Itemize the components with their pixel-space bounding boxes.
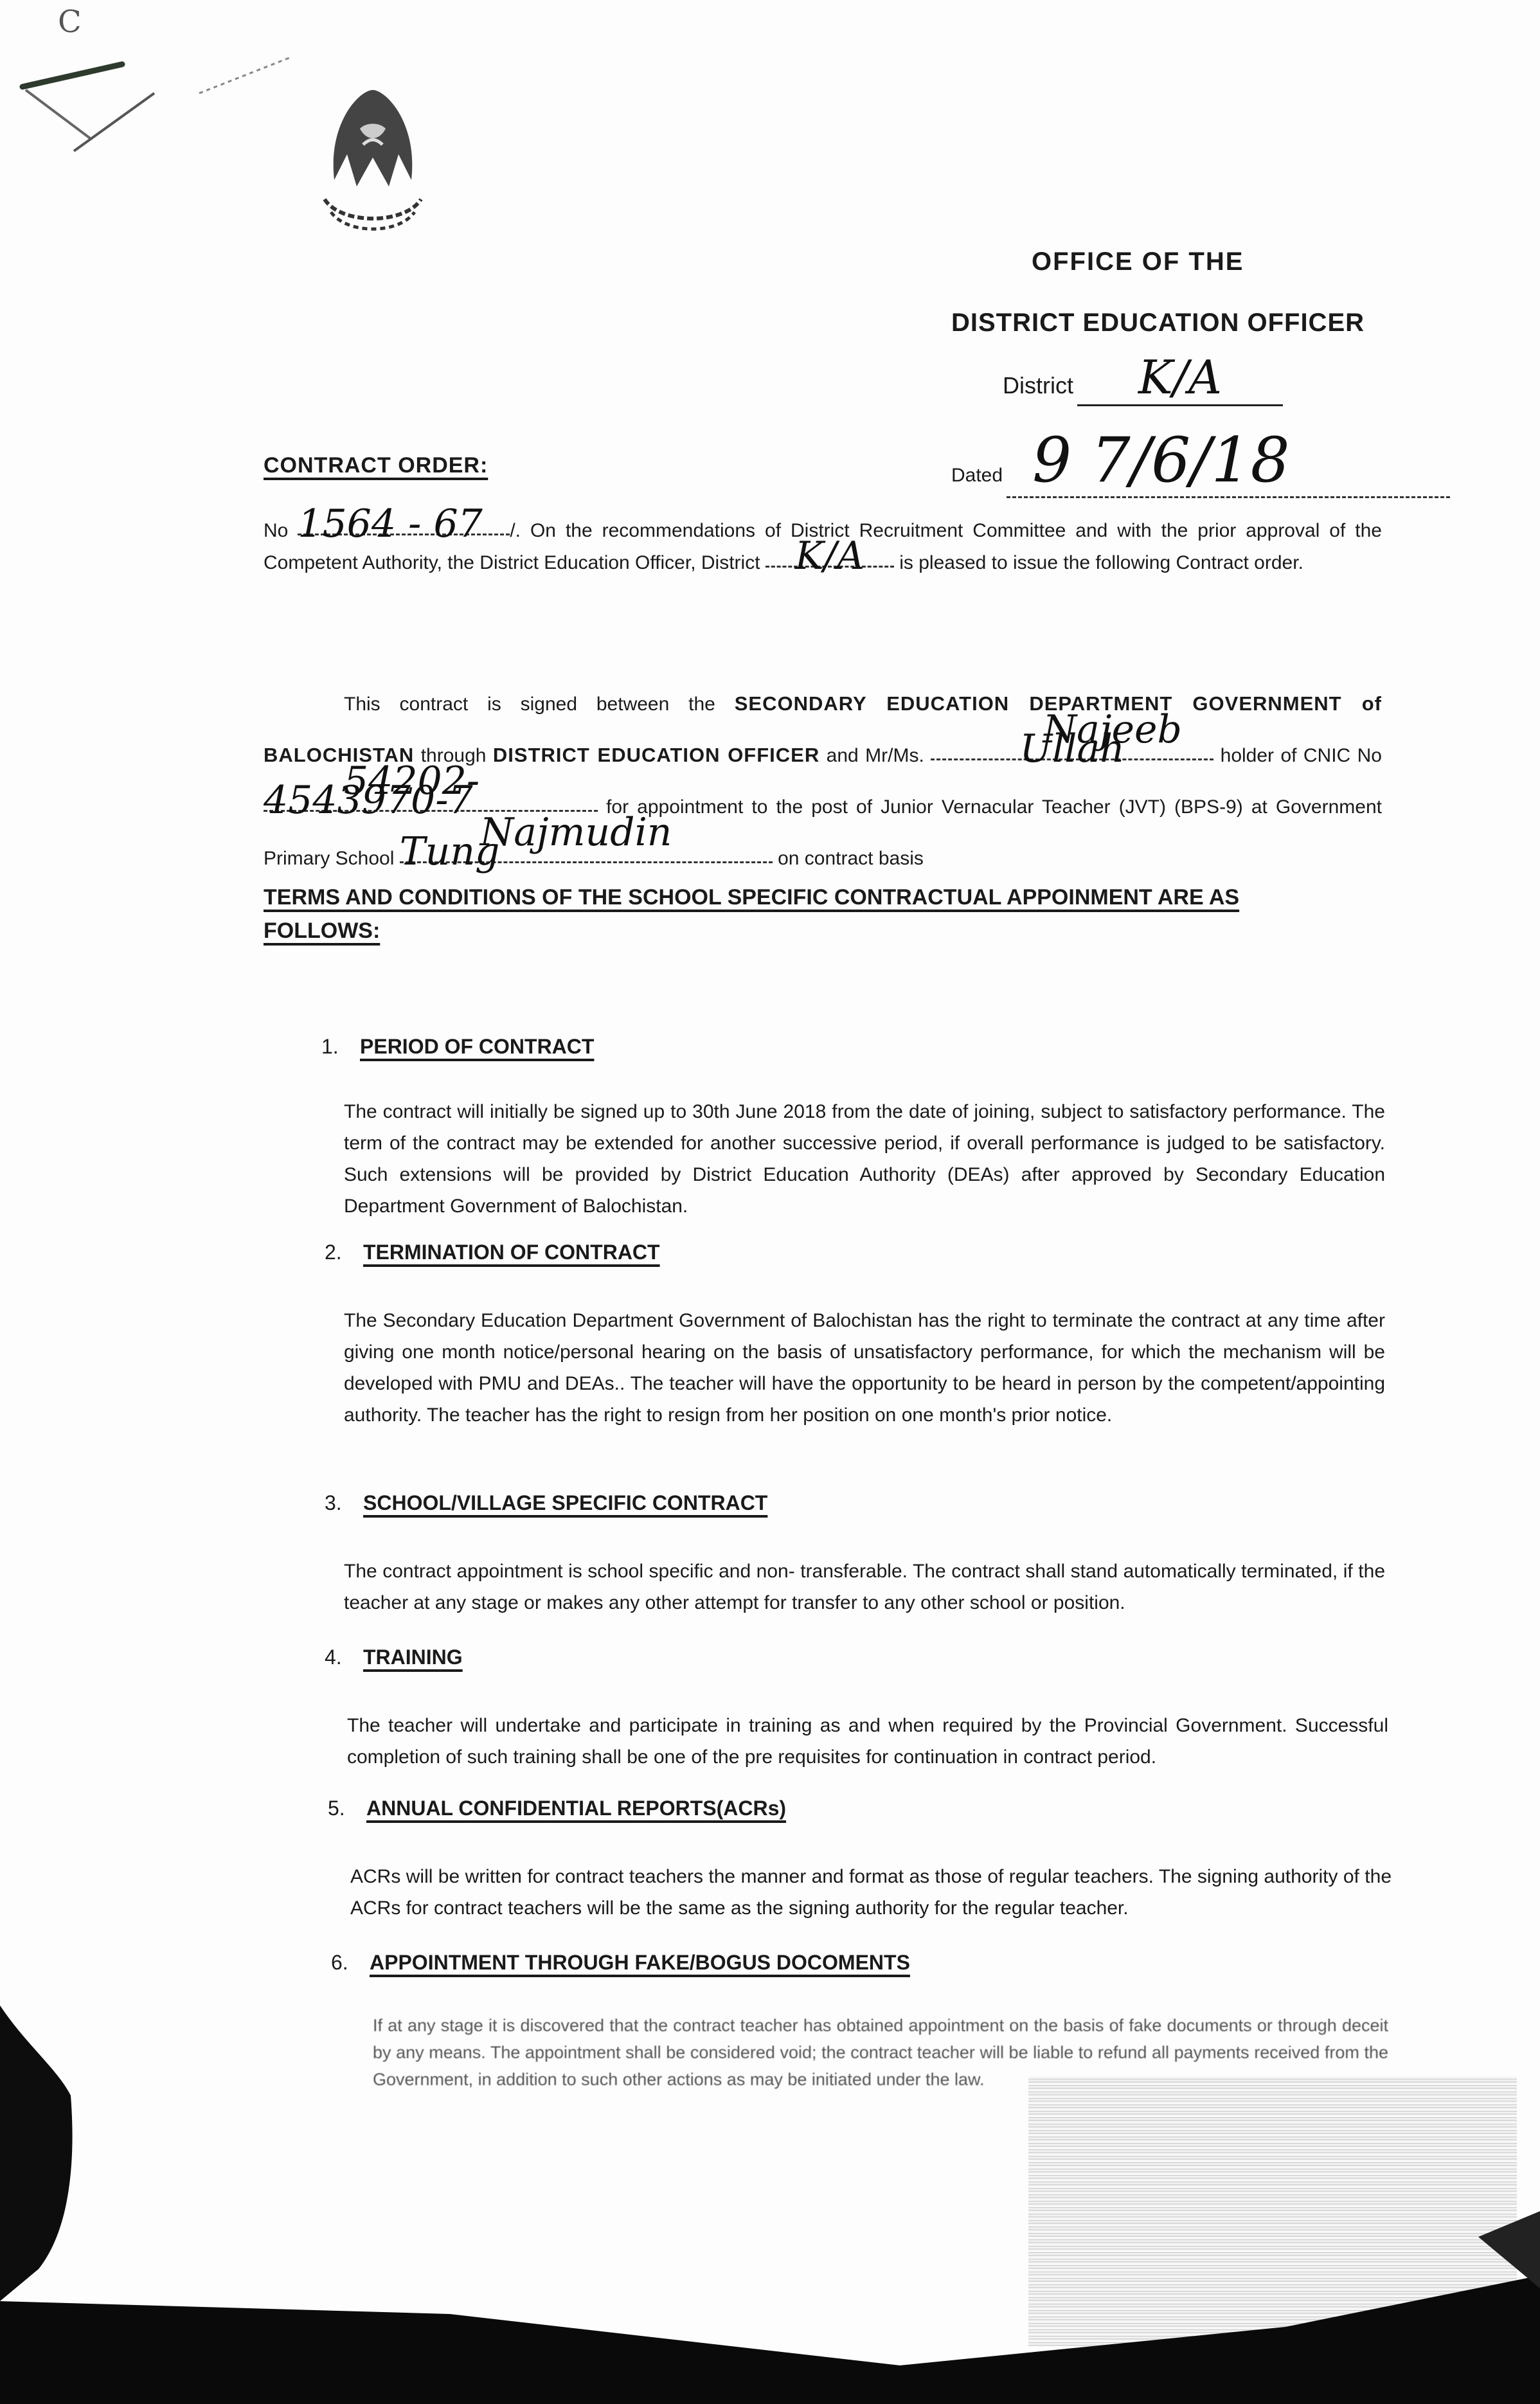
section-1-body: The contract will initially be signed up… (344, 1096, 1385, 1222)
district-field: DistrictK/A (1003, 350, 1283, 406)
order-no-value-handwritten: 1564 - 67 (298, 514, 510, 535)
svg-text:C: C (58, 4, 82, 40)
district-label: District (1003, 372, 1073, 399)
balochistan-government-emblem-icon (315, 84, 431, 238)
section-number: 4. (325, 1646, 363, 1669)
dated-value-handwritten: 9 7/6/18 (1007, 424, 1450, 498)
section-6-heading: 6.APPOINTMENT THROUGH FAKE/BOGUS DOCOMEN… (331, 1951, 910, 1975)
section-2-body: The Secondary Education Department Gover… (344, 1305, 1385, 1431)
office-heading-line1: OFFICE OF THE (1032, 247, 1244, 276)
order-no-label: No (264, 520, 288, 541)
section-5-heading: 5.ANNUAL CONFIDENTIAL REPORTS(ACRs) (328, 1797, 786, 1820)
section-title: TRAINING (363, 1646, 463, 1669)
section-title: PERIOD OF CONTRACT (360, 1035, 594, 1058)
terms-and-conditions-heading: TERMS AND CONDITIONS OF THE SCHOOL SPECI… (264, 881, 1324, 947)
dated-field: Dated9 7/6/18 (951, 424, 1450, 498)
office-heading-line2: DISTRICT EDUCATION OFFICER (951, 309, 1365, 337)
dated-label: Dated (951, 465, 1003, 486)
section-title: APPOINTMENT THROUGH FAKE/BOGUS DOCOMENTS (370, 1951, 910, 1974)
section-4-body: The teacher will undertake and participa… (347, 1710, 1388, 1773)
scan-bottom-shadow (0, 2044, 1540, 2404)
school-name-handwritten: Najmudin Tung (400, 823, 773, 863)
order-district-value-handwritten: K/A (766, 546, 894, 568)
teacher-name-handwritten: Najeeb Ullah (931, 720, 1213, 760)
section-number: 1. (321, 1035, 360, 1059)
cnic-number-handwritten: 54202-4543970-7 (264, 771, 598, 812)
order-text-part2: is pleased to issue the following Contra… (899, 552, 1303, 573)
district-value-handwritten: K/A (1077, 350, 1283, 406)
section-number: 5. (328, 1797, 366, 1820)
section-5-body: ACRs will be written for contract teache… (350, 1861, 1392, 1924)
section-2-heading: 2.TERMINATION OF CONTRACT (325, 1241, 660, 1264)
handwritten-scribble-mark: C (6, 0, 302, 167)
signing-party-deo: DISTRICT EDUCATION OFFICER (493, 744, 819, 766)
section-number: 3. (325, 1491, 363, 1515)
section-title: ANNUAL CONFIDENTIAL REPORTS(ACRs) (366, 1797, 786, 1820)
order-paragraph: No 1564 - 67/. On the recommendations of… (264, 514, 1382, 579)
signing-text-part3: and Mr/Ms. (827, 745, 924, 766)
scanned-document-page: C OFFICE OF THE DISTRICT EDUCATION OFFIC… (0, 0, 1540, 2404)
section-title: TERMINATION OF CONTRACT (363, 1241, 660, 1264)
section-4-heading: 4.TRAINING (325, 1646, 463, 1669)
section-3-body: The contract appointment is school speci… (344, 1556, 1385, 1619)
contract-order-title: CONTRACT ORDER: (264, 453, 488, 478)
signing-text-part1: This contract is signed between the (344, 694, 715, 715)
section-number: 2. (325, 1241, 363, 1264)
section-title: SCHOOL/VILLAGE SPECIFIC CONTRACT (363, 1491, 767, 1514)
section-number: 6. (331, 1951, 370, 1975)
signing-paragraph: This contract is signed between the SECO… (264, 688, 1382, 874)
section-3-heading: 3.SCHOOL/VILLAGE SPECIFIC CONTRACT (325, 1491, 767, 1515)
signing-text-part4: holder of CNIC No (1221, 745, 1382, 766)
section-1-heading: 1.PERIOD OF CONTRACT (321, 1035, 594, 1059)
signing-text-part6: on contract basis (778, 848, 924, 869)
